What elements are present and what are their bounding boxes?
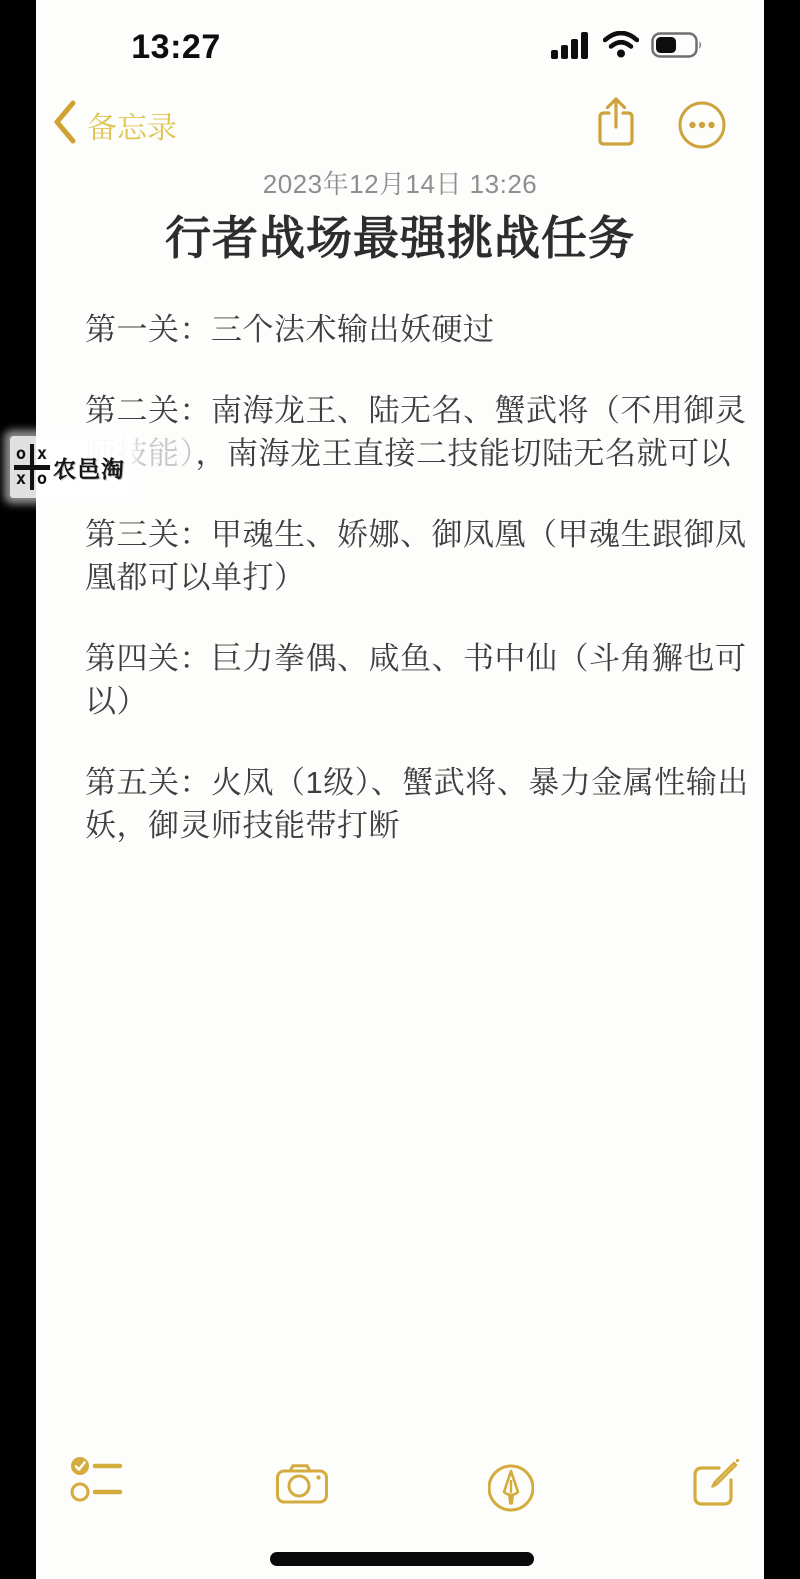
note-line: 以） <box>85 680 755 723</box>
back-button-label: 备忘录 <box>87 103 177 147</box>
bottom-toolbar <box>36 1448 764 1518</box>
note-text-segment: 第二关：南海龙王、陆无名、蟹武将（不用御灵 <box>85 393 747 428</box>
note-text-segment: ，南海龙王直接二技能切陆无名就可以 <box>196 436 732 471</box>
note-paragraph: 第二关：南海龙王、陆无名、蟹武将（不用御灵师技能），南海龙王直接二技能切陆无名就… <box>85 389 755 475</box>
note-text-segment: 凰都可以单打） <box>85 560 306 595</box>
back-button[interactable]: 备忘录 <box>53 98 177 151</box>
note-text-segment: 第五关：火凤（1级）、蟹武将、暴力金属性输出 <box>85 765 749 800</box>
wifi-icon <box>603 31 639 63</box>
home-indicator[interactable] <box>270 1552 534 1566</box>
note-paragraph: 第五关：火凤（1级）、蟹武将、暴力金属性输出妖，御灵师技能带打断 <box>85 761 755 847</box>
note-text-segment: 妖，御灵师技能带打断 <box>85 808 400 843</box>
markup-button[interactable] <box>488 1462 534 1519</box>
note-text-segment: 第三关：甲魂生、娇娜、御凤凰（甲魂生跟御凤 <box>85 517 747 552</box>
note-line: 凰都可以单打） <box>85 556 755 599</box>
camera-icon <box>276 1491 328 1508</box>
note-line: 第二关：南海龙王、陆无名、蟹武将（不用御灵 <box>85 389 755 432</box>
chevron-left-icon <box>53 98 77 151</box>
note-line: 第四关：巨力拳偶、咸鱼、书中仙（斗角獬也可 <box>85 637 755 680</box>
note-line: 妖，御灵师技能带打断 <box>85 804 755 847</box>
checklist-icon <box>70 1489 124 1506</box>
note-text-segment: 第一关：三个法术输出妖硬过 <box>85 312 495 347</box>
share-button[interactable] <box>592 94 640 157</box>
note-title: 行者战场最强挑战任务 <box>36 202 764 268</box>
phone-screenshot: 13:27 <box>0 0 800 1579</box>
checklist-button[interactable] <box>70 1456 124 1507</box>
watermark-quadrant: o <box>14 444 28 464</box>
watermark: o x x o 农邑淘 <box>10 436 132 498</box>
compose-icon <box>692 1495 740 1512</box>
note-text-segment: 第四关：巨力拳偶、咸鱼、书中仙（斗角獬也可 <box>85 641 747 676</box>
notes-app-screen: 13:27 <box>36 0 764 1579</box>
note-line: 第一关：三个法术输出妖硬过 <box>85 308 755 351</box>
watermark-quadrant: x <box>14 469 28 489</box>
watermark-text: 农邑淘 <box>53 451 125 484</box>
battery-icon <box>651 32 703 63</box>
note-line: 第三关：甲魂生、娇娜、御凤凰（甲魂生跟御凤 <box>85 513 755 556</box>
share-icon <box>592 139 640 156</box>
note-line: 师技能），南海龙王直接二技能切陆无名就可以 <box>85 432 755 475</box>
note-paragraph: 第一关：三个法术输出妖硬过 <box>85 308 755 351</box>
markup-pen-icon <box>488 1501 534 1518</box>
watermark-quadrant: x <box>35 444 49 464</box>
note-date: 2023年12月14日 13:26 <box>36 164 764 201</box>
watermark-quadrant: o <box>35 469 49 489</box>
cellular-signal-icon <box>551 31 591 64</box>
note-line: 第五关：火凤（1级）、蟹武将、暴力金属性输出 <box>85 761 755 804</box>
status-time: 13:27 <box>131 28 221 67</box>
watermark-logo-icon: o x x o <box>14 444 50 490</box>
compose-button[interactable] <box>692 1458 740 1513</box>
note-paragraph: 第四关：巨力拳偶、咸鱼、书中仙（斗角獬也可以） <box>85 637 755 723</box>
status-icons <box>551 32 721 62</box>
note-paragraph: 第三关：甲魂生、娇娜、御凤凰（甲魂生跟御凤凰都可以单打） <box>85 513 755 599</box>
nav-bar: 备忘录 <box>36 94 764 158</box>
more-button[interactable] <box>677 100 727 155</box>
ellipsis-circle-icon <box>677 137 727 154</box>
camera-button[interactable] <box>276 1464 328 1509</box>
note-text-segment: 以） <box>85 684 148 719</box>
note-body[interactable]: 第一关：三个法术输出妖硬过第二关：南海龙王、陆无名、蟹武将（不用御灵师技能），南… <box>85 308 755 885</box>
